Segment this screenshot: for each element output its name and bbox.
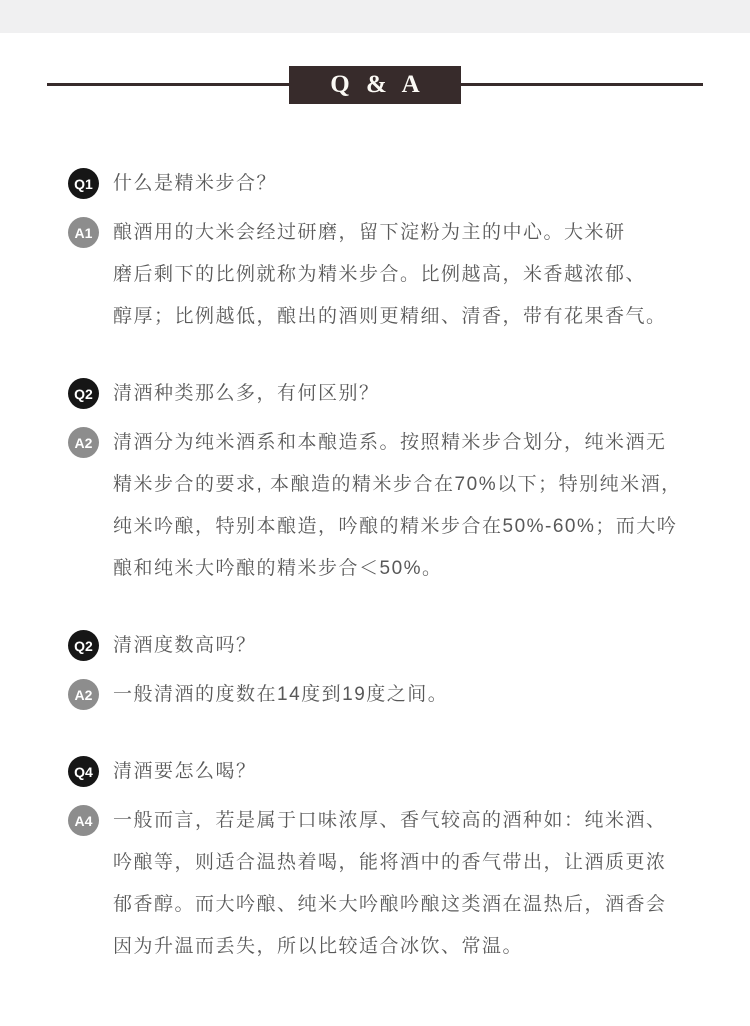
page-title: Q & A (325, 71, 424, 99)
answer-row: A1 酿酒用的大米会经过研磨，留下淀粉为主的中心。大米研 磨后剩下的比例就称为精… (68, 212, 712, 338)
answer-line: 醇厚；比例越低，酿出的酒则更精细、清香，带有花果香气。 (113, 296, 667, 338)
answer-row: A4 一般而言，若是属于口味浓厚、香气较高的酒种如：纯米酒、 吟酿等，则适合温热… (68, 800, 712, 968)
question-row: Q4 清酒要怎么喝？ (68, 756, 712, 787)
question-badge: Q1 (68, 168, 99, 199)
qa-header: Q & A (0, 66, 750, 104)
qa-section: Q1 什么是精米步合？ A1 酿酒用的大米会经过研磨，留下淀粉为主的中心。大米研… (68, 168, 712, 338)
answer-line: 郁香醇。而大吟酿、纯米大吟酿吟酿这类酒在温热后，酒香会 (113, 884, 667, 926)
answer-text: 酿酒用的大米会经过研磨，留下淀粉为主的中心。大米研 磨后剩下的比例就称为精米步合… (113, 212, 667, 338)
question-badge: Q2 (68, 378, 99, 409)
answer-line: 酿酒用的大米会经过研磨，留下淀粉为主的中心。大米研 (113, 212, 667, 254)
answer-line: 清酒分为纯米酒系和本酿造系。按照精米步合划分，纯米酒无 (113, 422, 682, 464)
answer-badge: A4 (68, 805, 99, 836)
top-strip (0, 0, 750, 33)
question-row: Q1 什么是精米步合？ (68, 168, 712, 199)
answer-row: A2 一般清酒的度数在14度到19度之间。 (68, 674, 712, 716)
question-badge: Q2 (68, 630, 99, 661)
question-text: 什么是精米步合？ (113, 168, 277, 199)
answer-badge: A2 (68, 679, 99, 710)
question-badge: Q4 (68, 756, 99, 787)
qa-section: Q2 清酒种类那么多，有何区别？ A2 清酒分为纯米酒系和本酿造系。按照精米步合… (68, 378, 712, 590)
answer-line: 一般清酒的度数在14度到19度之间。 (113, 674, 448, 716)
qa-header-box: Q & A (289, 66, 461, 104)
question-text: 清酒度数高吗？ (113, 630, 257, 661)
answer-line: 一般而言，若是属于口味浓厚、香气较高的酒种如：纯米酒、 (113, 800, 667, 842)
answer-text: 一般而言，若是属于口味浓厚、香气较高的酒种如：纯米酒、 吟酿等，则适合温热着喝，… (113, 800, 667, 968)
qa-section: Q2 清酒度数高吗？ A2 一般清酒的度数在14度到19度之间。 (68, 630, 712, 716)
answer-line: 磨后剩下的比例就称为精米步合。比例越高，米香越浓郁、 (113, 254, 667, 296)
answer-badge: A2 (68, 427, 99, 458)
qa-section: Q4 清酒要怎么喝？ A4 一般而言，若是属于口味浓厚、香气较高的酒种如：纯米酒… (68, 756, 712, 968)
answer-line: 纯米吟酿，特别本酿造，吟酿的精米步合在50%-60%；而大吟 (113, 506, 682, 548)
answer-line: 吟酿等，则适合温热着喝，能将酒中的香气带出，让酒质更浓 (113, 842, 667, 884)
page: Q & A Q1 什么是精米步合？ A1 酿酒用的大米会经过研磨，留下淀粉为主的… (0, 0, 750, 1026)
qa-content: Q1 什么是精米步合？ A1 酿酒用的大米会经过研磨，留下淀粉为主的中心。大米研… (0, 168, 750, 968)
answer-badge: A1 (68, 217, 99, 248)
answer-text: 一般清酒的度数在14度到19度之间。 (113, 674, 448, 716)
answer-line: 因为升温而丢失，所以比较适合冰饮、常温。 (113, 926, 667, 968)
answer-row: A2 清酒分为纯米酒系和本酿造系。按照精米步合划分，纯米酒无 精米步合的要求, … (68, 422, 712, 590)
question-text: 清酒种类那么多，有何区别？ (113, 378, 380, 409)
question-text: 清酒要怎么喝？ (113, 756, 257, 787)
answer-line: 酿和纯米大吟酿的精米步合＜50%。 (113, 548, 682, 590)
question-row: Q2 清酒度数高吗？ (68, 630, 712, 661)
question-row: Q2 清酒种类那么多，有何区别？ (68, 378, 712, 409)
answer-line: 精米步合的要求, 本酿造的精米步合在70%以下；特别纯米酒， (113, 464, 682, 506)
answer-text: 清酒分为纯米酒系和本酿造系。按照精米步合划分，纯米酒无 精米步合的要求, 本酿造… (113, 422, 682, 590)
